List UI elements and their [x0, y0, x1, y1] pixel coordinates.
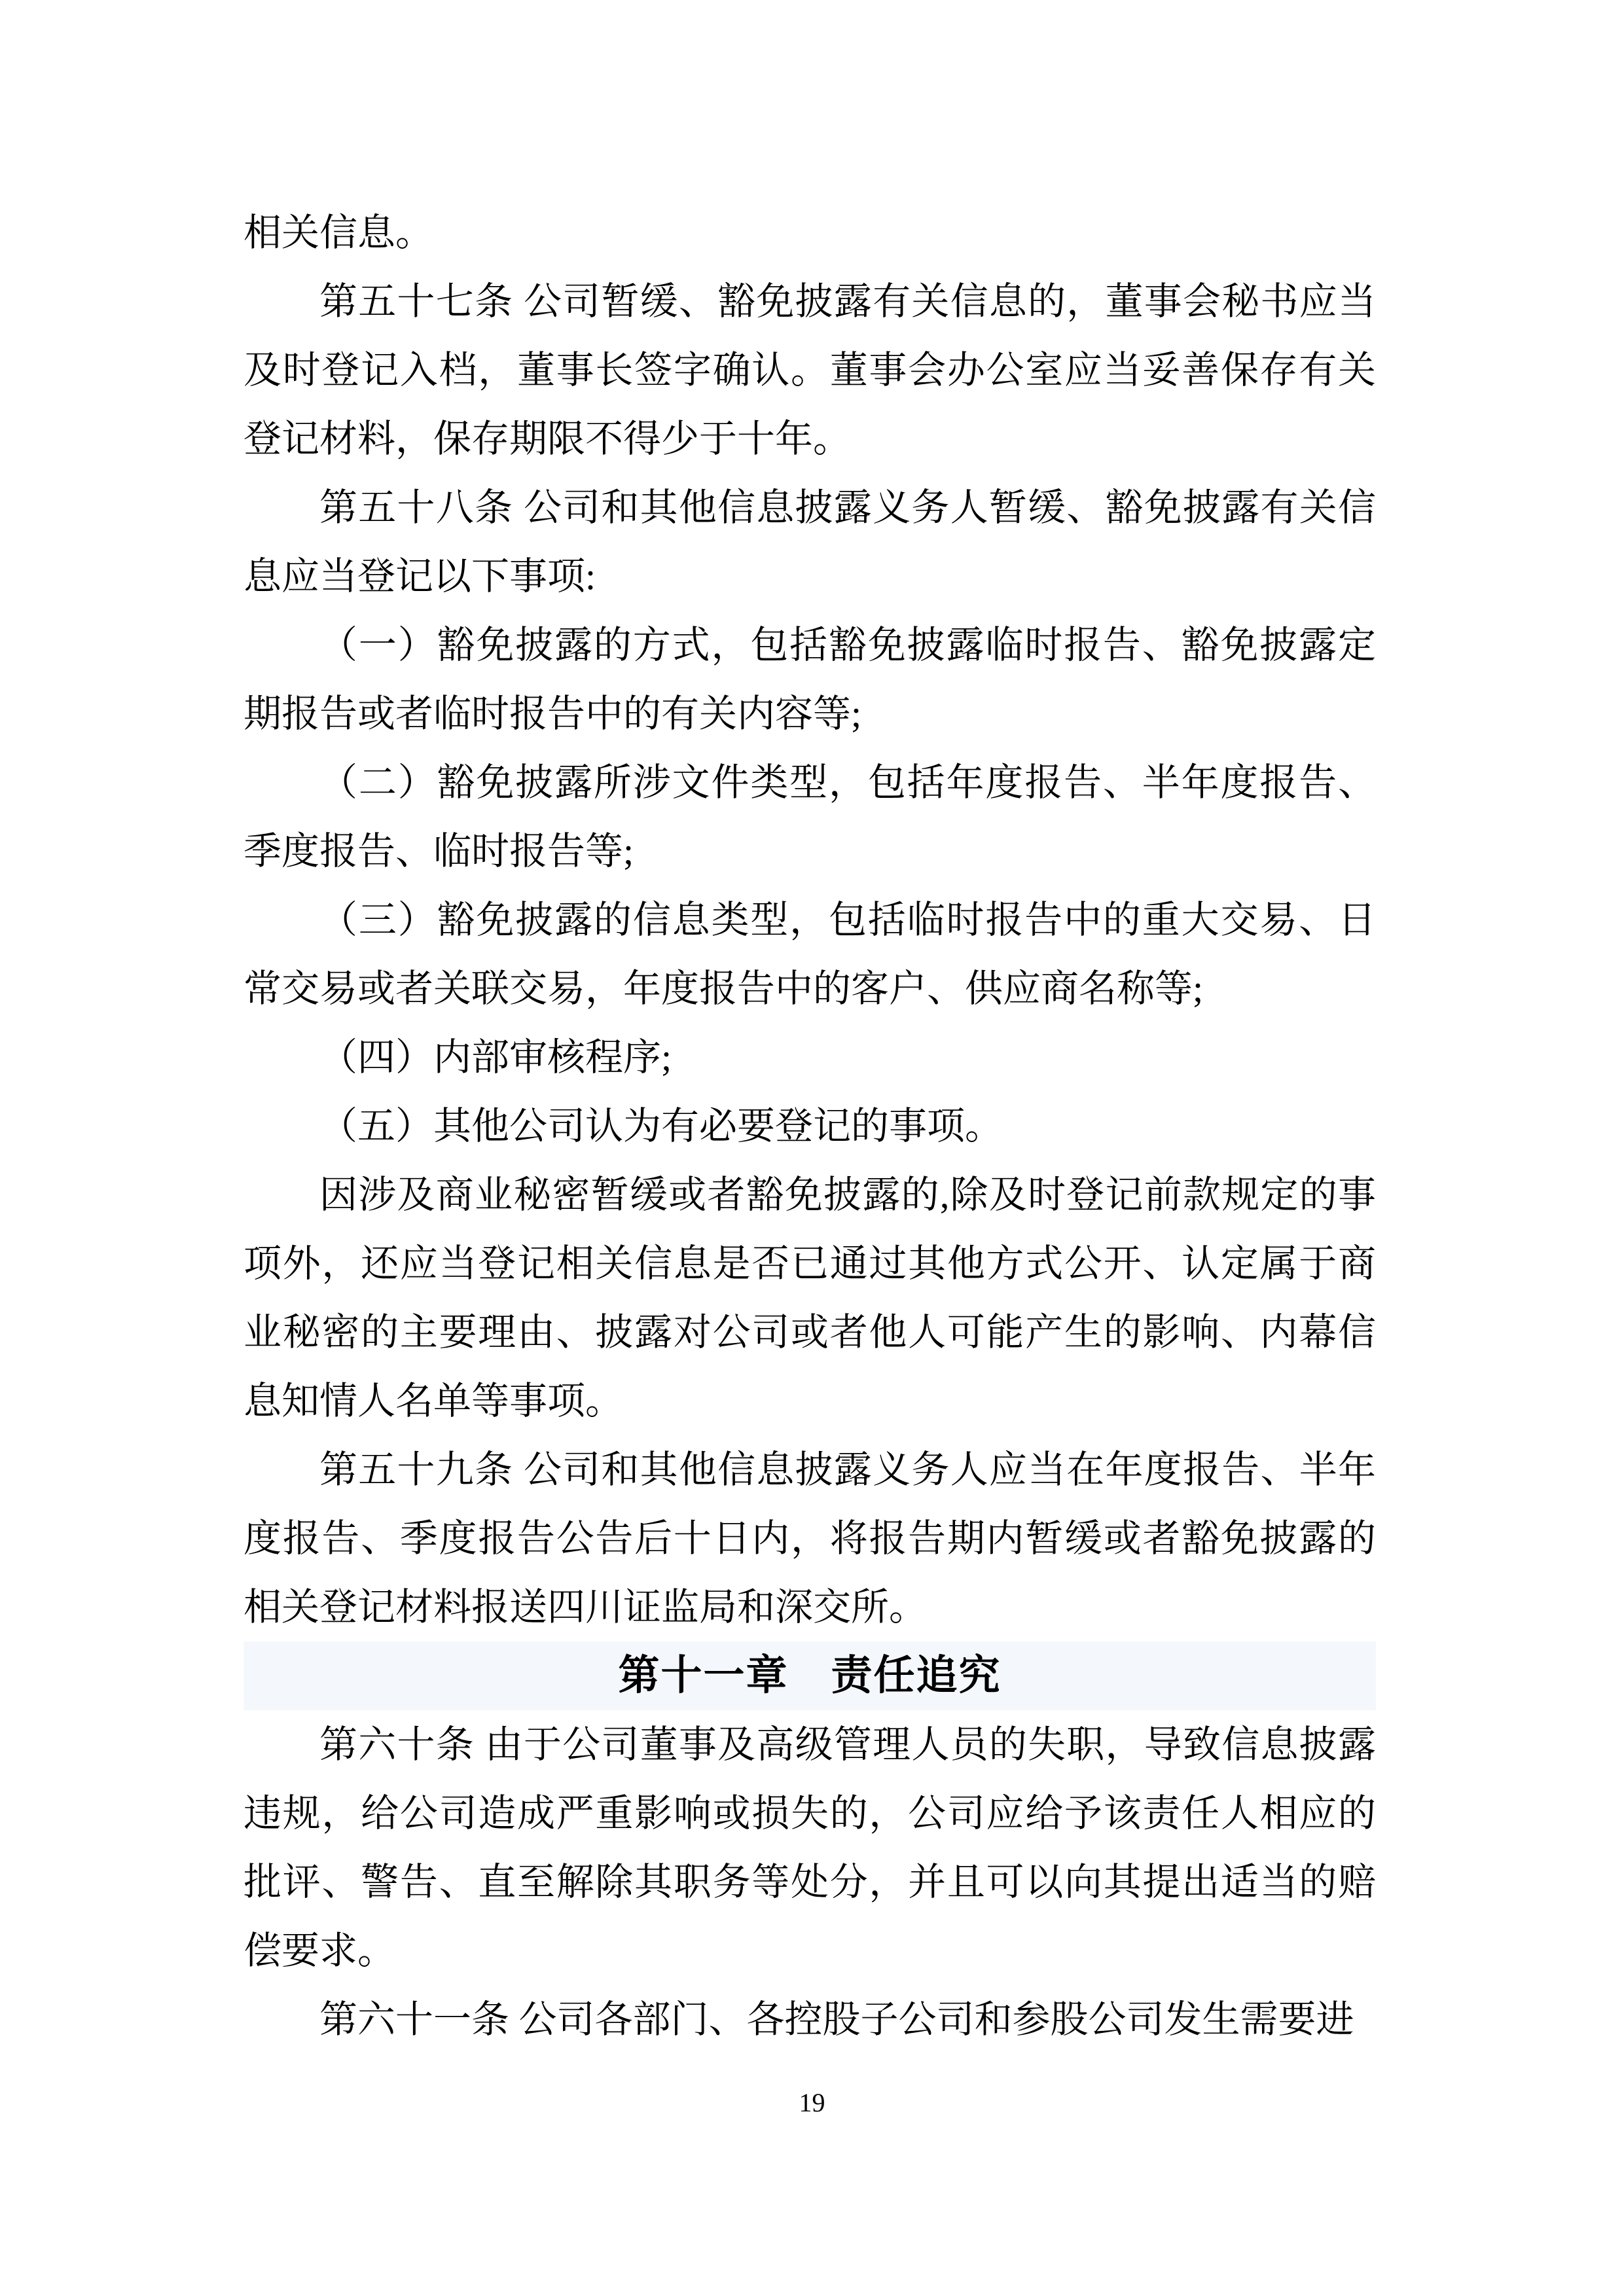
paragraph: 第五十七条 公司暂缓、豁免披露有关信息的，董事会秘书应当及时登记入档，董事长签字…: [244, 267, 1376, 473]
paragraph: （一）豁免披露的方式，包括豁免披露临时报告、豁免披露定期报告或者临时报告中的有关…: [244, 611, 1376, 748]
paragraph: 相关信息。: [244, 198, 1376, 267]
paragraph: 第五十九条 公司和其他信息披露义务人应当在年度报告、半年度报告、季度报告公告后十…: [244, 1435, 1376, 1641]
chapter-heading: 第十一章 责任追究: [244, 1641, 1376, 1710]
paragraph: （五）其他公司认为有必要登记的事项。: [244, 1092, 1376, 1160]
paragraph: 第六十条 由于公司董事及高级管理人员的失职，导致信息披露违规，给公司造成严重影响…: [244, 1710, 1376, 1985]
paragraph: 第六十一条 公司各部门、各控股子公司和参股公司发生需要进: [244, 1985, 1376, 2054]
page-number: 19: [0, 2087, 1624, 2119]
paragraph: 第五十八条 公司和其他信息披露义务人暂缓、豁免披露有关信息应当登记以下事项:: [244, 473, 1376, 611]
paragraph: （三）豁免披露的信息类型，包括临时报告中的重大交易、日常交易或者关联交易，年度报…: [244, 886, 1376, 1023]
document-flow: 相关信息。第五十七条 公司暂缓、豁免披露有关信息的，董事会秘书应当及时登记入档，…: [244, 198, 1376, 2054]
paragraph: （二）豁免披露所涉文件类型，包括年度报告、半年度报告、季度报告、临时报告等;: [244, 748, 1376, 886]
paragraph: （四）内部审核程序;: [244, 1023, 1376, 1092]
document-page: 相关信息。第五十七条 公司暂缓、豁免披露有关信息的，董事会秘书应当及时登记入档，…: [0, 0, 1624, 2296]
paragraph: 因涉及商业秘密暂缓或者豁免披露的,除及时登记前款规定的事项外，还应当登记相关信息…: [244, 1160, 1376, 1435]
